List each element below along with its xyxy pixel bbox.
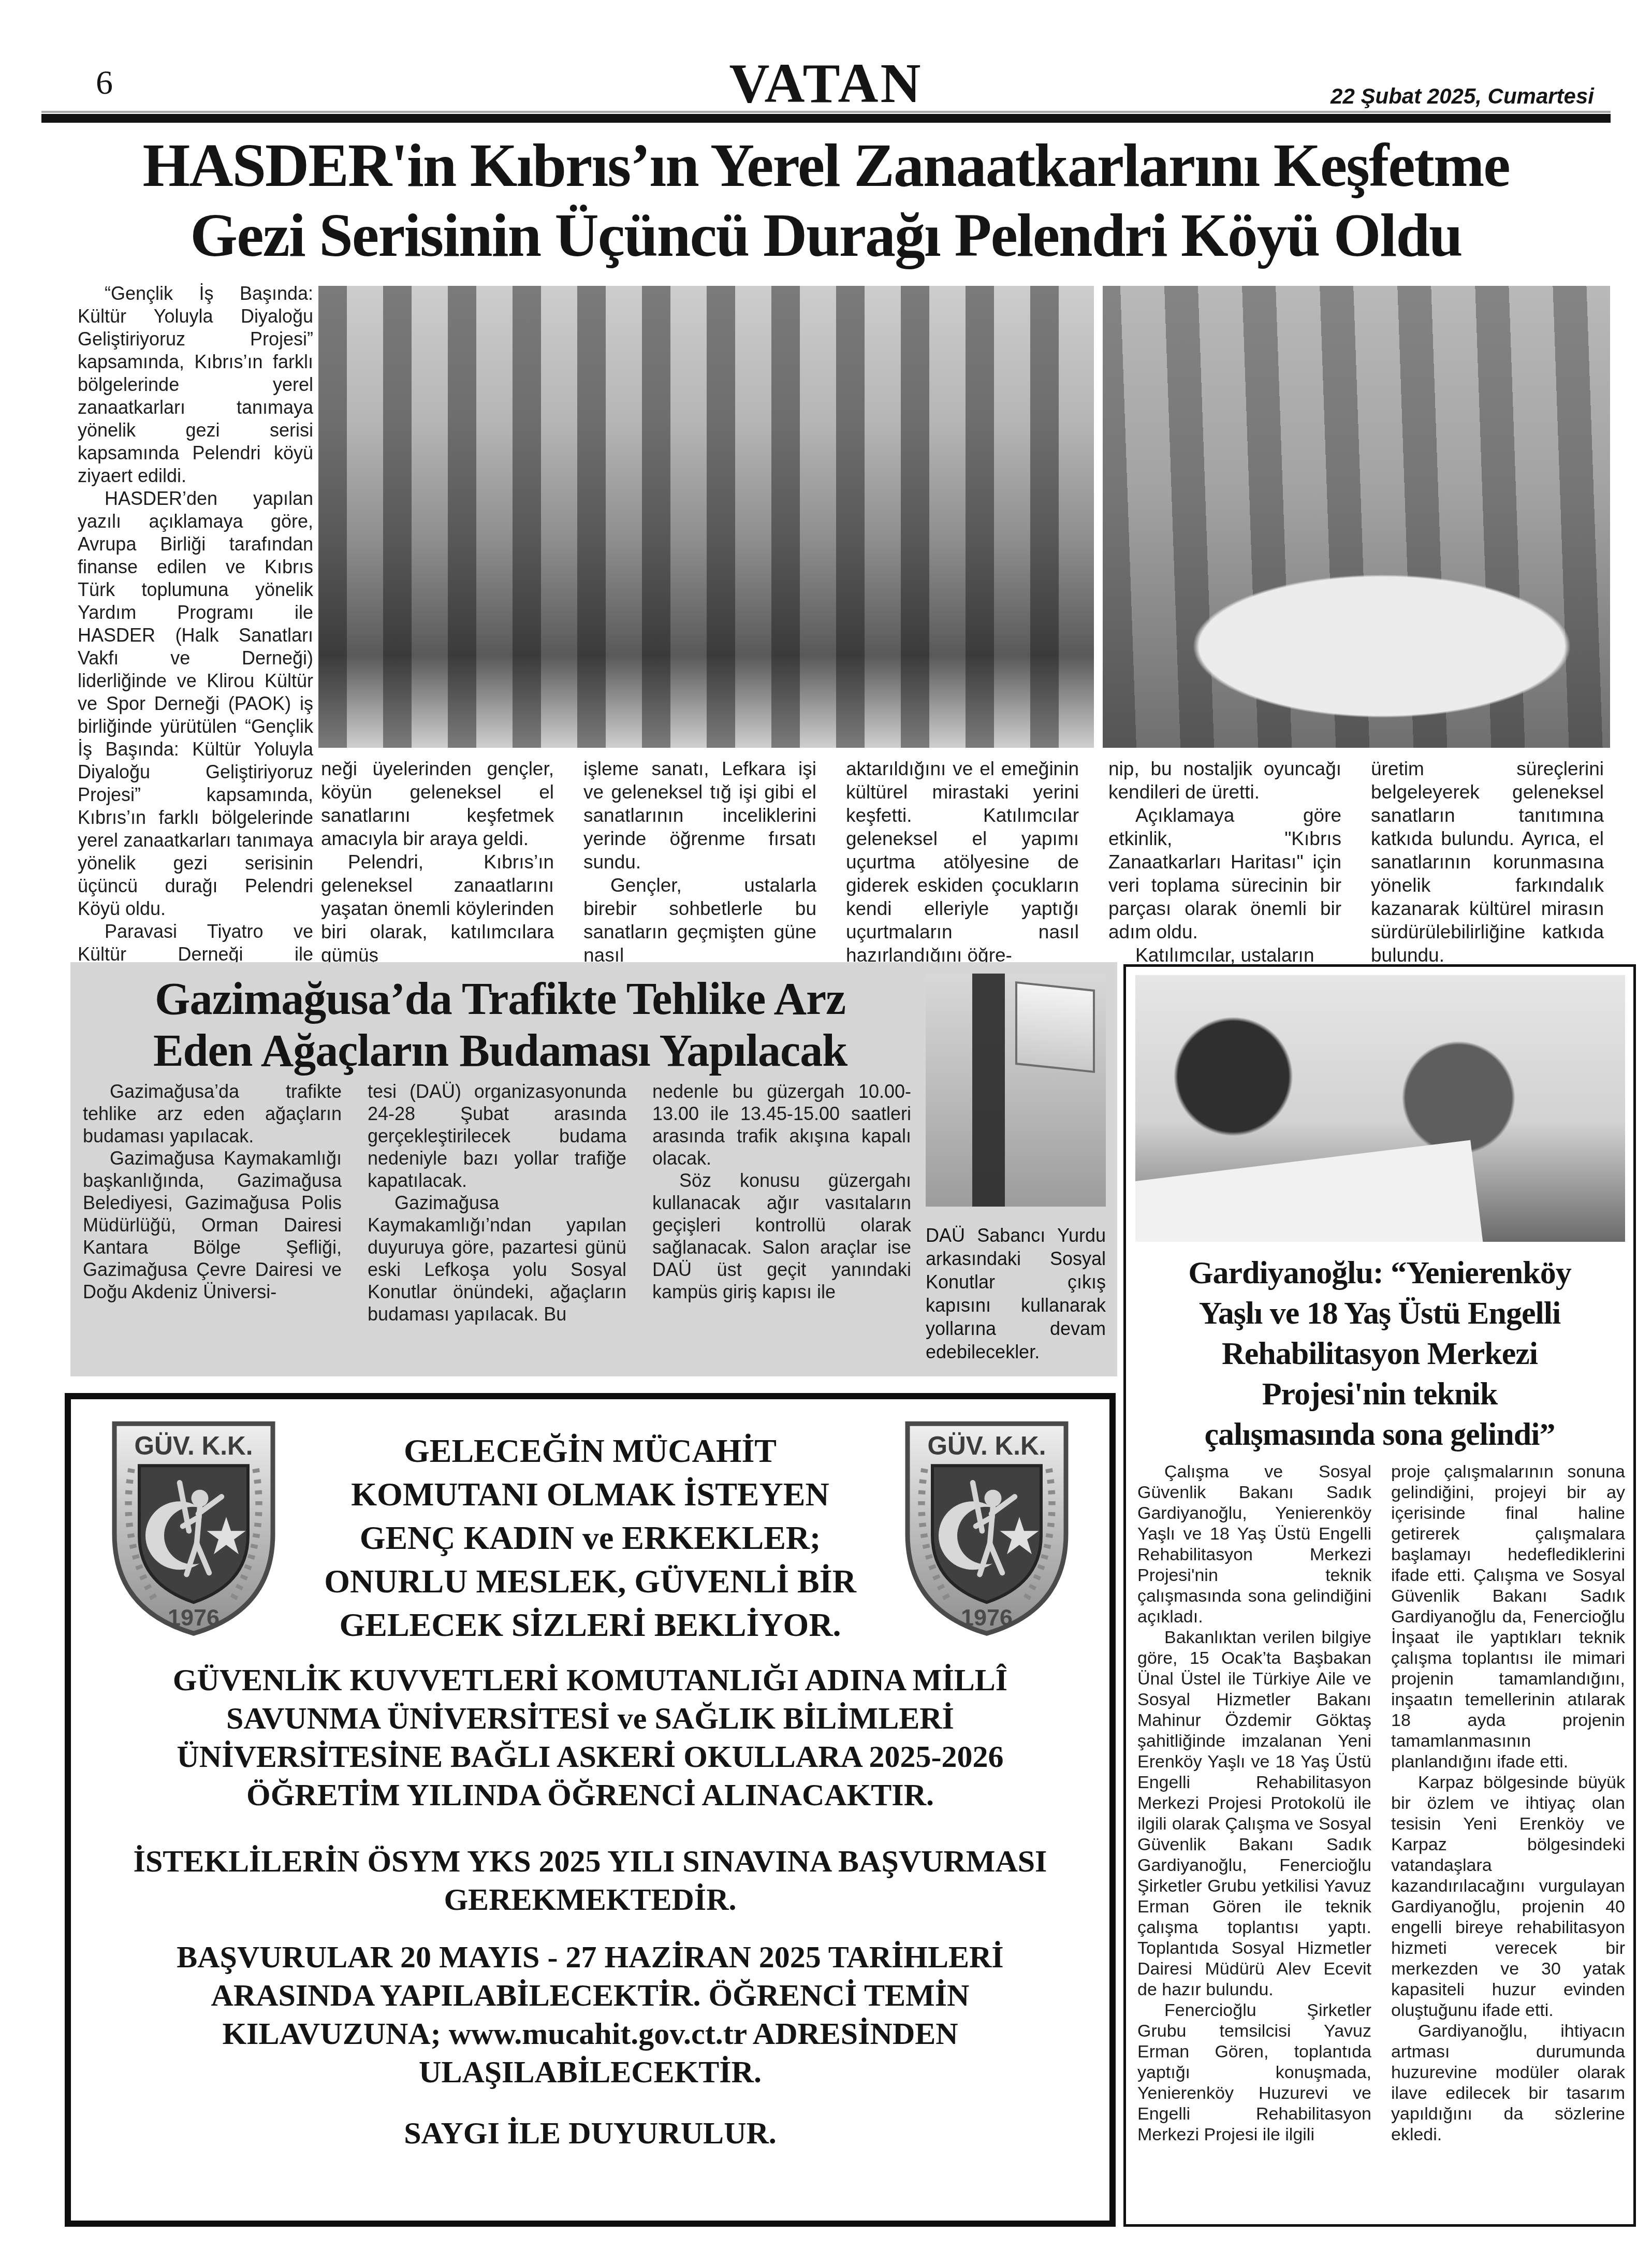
paragraph: tesi (DAÜ) organizasyonunda 24-28 Şubat … [368, 1080, 626, 1192]
security-forces-emblem-icon: GÜV. K.K. 1976 [901, 1417, 1072, 1640]
main-article-column-2: neği üyelerinden gençler, köyün geleneks… [321, 757, 554, 967]
paragraph: üretim süreçlerini belgeleyerek geleneks… [1371, 757, 1604, 967]
paragraph: Bakanlıktan verilen bilgiye göre, 15 Oca… [1137, 1627, 1371, 2000]
tree-headline-line2: Eden Ağaçların Budaması Yapılacak [86, 1025, 914, 1077]
paragraph: Fenercioğlu Şirketler Grubu temsilcisi Y… [1137, 2000, 1371, 2145]
main-headline-line1: HASDER'in Kıbrıs’ın Yerel Zanaatkarların… [21, 130, 1631, 200]
paragraph: Katılımcılar, ustaların [1108, 944, 1341, 967]
main-headline-line2: Gezi Serisinin Üçüncü Durağı Pelendri Kö… [21, 200, 1631, 270]
minister-headline-line4: Projesi'nin teknik [1132, 1374, 1627, 1414]
security-forces-emblem-icon: GÜV. K.K. 1976 [108, 1417, 279, 1640]
main-article-column-3: işleme sanatı, Lefkara işi ve geleneksel… [583, 757, 816, 967]
minister-headline-line1: Gardiyanoğlu: “Yenierenköy [1132, 1253, 1627, 1293]
photo-shape [1135, 1140, 1484, 1242]
paragraph: Gençler, ustalarla birebir sohbetlerle b… [583, 874, 816, 967]
tree-article-column-3: nedenle bu güzergah 10.00-13.00 ile 13.4… [652, 1080, 911, 1303]
recruitment-ad: GÜV. K.K. 1976 [65, 1393, 1116, 2227]
ad-paragraph-applications: BAŞVURULAR 20 MAYIS - 27 HAZİRAN 2025 TA… [115, 1938, 1065, 2091]
edition-date: 22 Şubat 2025, Cumartesi [1331, 84, 1594, 109]
minister-article-column-2: proje çalışmalarının sonuna gelindiğini,… [1391, 1461, 1625, 2145]
ad-paragraph-schools: GÜVENLİK KUVVETLERİ KOMUTANLIĞI ADINA Mİ… [115, 1661, 1065, 1814]
paragraph: Pelendri, Kıbrıs’ın geleneksel zanaatlar… [321, 850, 554, 967]
photo-shape [1015, 981, 1095, 1072]
ad-headline: GELECEĞİN MÜCAHİT KOMUTANI OLMAK İSTEYEN… [283, 1429, 897, 1647]
minister-headline-line5: çalışmasında sona gelindi” [1132, 1414, 1627, 1455]
paragraph: işleme sanatı, Lefkara işi ve geleneksel… [583, 757, 816, 874]
main-article-column-1: “Gençlik İş Başında: Kültür Yoluyla Diya… [78, 282, 313, 1011]
ad-headline-line3: GENÇ KADIN ve ERKEKLER; [283, 1516, 897, 1560]
tree-article-column-1: Gazimağusa’da trafikte tehlike arz eden … [83, 1080, 342, 1303]
tree-camera-photo [926, 974, 1106, 1207]
main-article-column-5: nip, bu nostaljik oyuncağı kendileri de … [1108, 757, 1341, 967]
group-trip-photo [318, 286, 1094, 748]
emblem-label: GÜV. K.K. [134, 1432, 253, 1460]
tree-headline-line1: Gazimağusa’da Trafikte Tehlike Arz [86, 974, 914, 1025]
paragraph: Açıklamaya göre etkinlik, "Kıbrıs Zanaat… [1108, 804, 1341, 944]
emblem-year: 1976 [168, 1604, 220, 1631]
header-rule-thin [41, 111, 1611, 113]
main-article-column-4: aktarıldığını ve el emeğinin kültürel mi… [846, 757, 1079, 967]
minister-article-section: Gardiyanoğlu: “Yenierenköy Yaşlı ve 18 Y… [1123, 964, 1636, 2227]
main-article-column-6: üretim süreçlerini belgeleyerek geleneks… [1371, 757, 1604, 967]
paragraph: nip, bu nostaljik oyuncağı kendileri de … [1108, 757, 1341, 804]
paragraph: Gazimağusa Kaymakamlığı başkanlığında, G… [83, 1147, 342, 1303]
paragraph: HASDER’den yapılan yazılı açıklamaya gör… [78, 487, 313, 920]
minister-headline-line2: Yaşlı ve 18 Yaş Üstü Engelli [1132, 1293, 1627, 1333]
paragraph: Gardiyanoğlu, ihtiyacın artması durumund… [1391, 2021, 1625, 2145]
ad-paragraph-exam: İSTEKLİLERİN ÖSYM YKS 2025 YILI SINAVINA… [115, 1842, 1065, 1919]
paragraph: “Gençlik İş Başında: Kültür Yoluyla Diya… [78, 282, 313, 487]
ad-headline-line2: KOMUTANI OLMAK İSTEYEN [283, 1473, 897, 1516]
ad-headline-line5: GELECEK SİZLERİ BEKLİYOR. [283, 1603, 897, 1647]
tree-article-column-2: tesi (DAÜ) organizasyonunda 24-28 Şubat … [368, 1080, 626, 1325]
tree-photo-caption: DAÜ Sabancı Yurdu arkasındaki Sosyal Kon… [926, 1224, 1106, 1363]
tree-article-headline: Gazimağusa’da Trafikte Tehlike Arz Eden … [86, 974, 914, 1077]
paragraph: Gazimağusa’da trafikte tehlike arz eden … [83, 1080, 342, 1147]
ad-paragraph-closing: SAYGI İLE DUYURULUR. [115, 2114, 1065, 2152]
ad-headline-line4: ONURLU MESLEK, GÜVENLİ BİR [283, 1560, 897, 1603]
caption-text: DAÜ Sabancı Yurdu arkasındaki Sosyal Kon… [926, 1224, 1106, 1363]
emblem-year: 1976 [961, 1604, 1013, 1631]
paragraph: nedenle bu güzergah 10.00-13.00 ile 13.4… [652, 1080, 911, 1169]
paragraph: Söz konusu güzergahı kullanacak ağır vas… [652, 1169, 911, 1303]
paragraph: Çalışma ve Sosyal Güvenlik Bakanı Sadık … [1137, 1461, 1371, 1627]
paragraph: aktarıldığını ve el emeğinin kültürel mi… [846, 757, 1079, 967]
paragraph: neği üyelerinden gençler, köyün geleneks… [321, 757, 554, 850]
header-rule-thick [41, 114, 1611, 123]
tree-pruning-section: Gazimağusa’da Trafikte Tehlike Arz Eden … [70, 962, 1117, 1376]
paragraph: proje çalışmalarının sonuna gelindiğini,… [1391, 1461, 1625, 1772]
minister-headline-line3: Rehabilitasyon Merkezi [1132, 1333, 1627, 1374]
main-article-headline: HASDER'in Kıbrıs’ın Yerel Zanaatkarların… [21, 130, 1631, 270]
paragraph: Karpaz bölgesinde büyük bir özlem ve iht… [1391, 1772, 1625, 2021]
artisan-workshop-photo [1103, 286, 1610, 748]
meeting-photo [1135, 975, 1625, 1242]
minister-article-headline: Gardiyanoğlu: “Yenierenköy Yaşlı ve 18 Y… [1132, 1253, 1627, 1455]
ad-headline-line1: GELECEĞİN MÜCAHİT [283, 1429, 897, 1473]
paragraph: Gazimağusa Kaymakamlığı’ndan yapılan duy… [368, 1192, 626, 1325]
emblem-label: GÜV. K.K. [927, 1432, 1046, 1460]
minister-article-column-1: Çalışma ve Sosyal Güvenlik Bakanı Sadık … [1137, 1461, 1371, 2145]
